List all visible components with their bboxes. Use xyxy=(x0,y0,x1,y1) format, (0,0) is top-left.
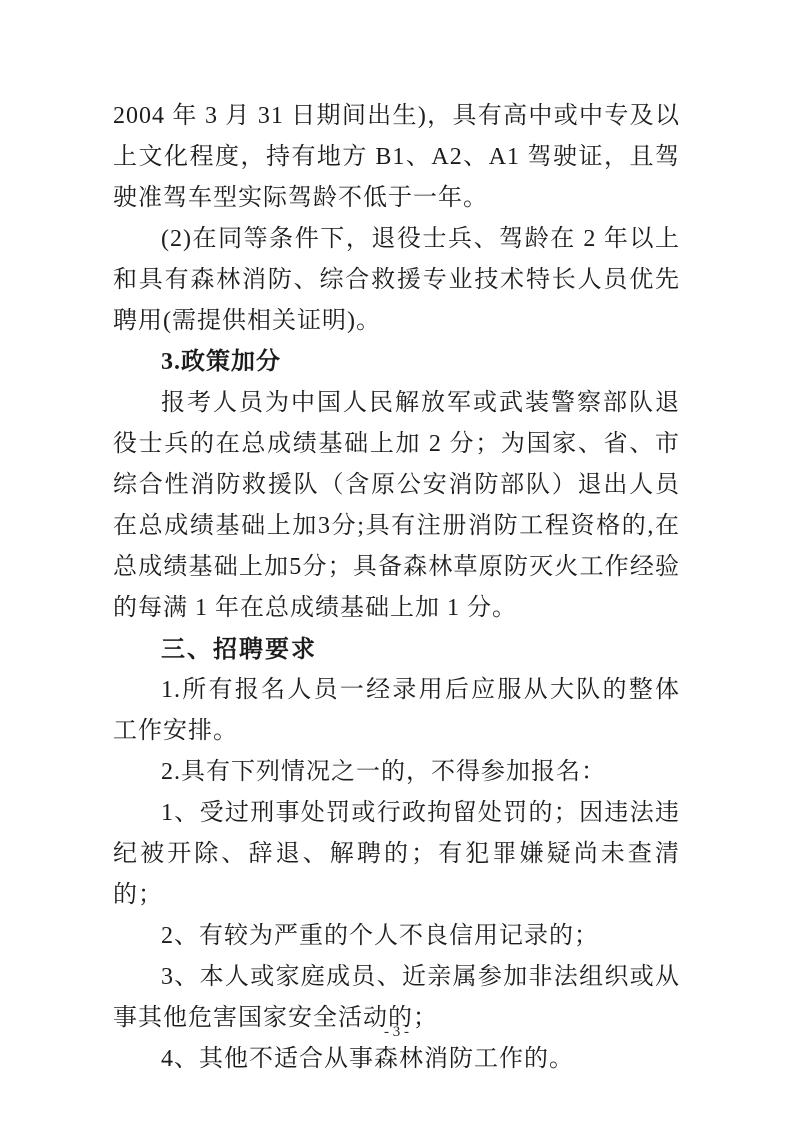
document-body: 2004 年 3 月 31 日期间出生)，具有高中或中专及以上文化程度，持有地方… xyxy=(113,96,680,1080)
paragraph-disqualification-1: 1、受过刑事处罚或行政拘留处罚的；因违法违纪被开除、辞退、解聘的；有犯罪嫌疑尚未… xyxy=(113,793,680,916)
paragraph-requirement-1: 1.所有报名人员一经录用后应服从大队的整体工作安排。 xyxy=(113,670,680,752)
paragraph-disqualification-2: 2、有较为严重的个人不良信用记录的； xyxy=(113,916,680,957)
paragraph-disqualification-4: 4、其他不适合从事森林消防工作的。 xyxy=(113,1039,680,1080)
document-page: 2004 年 3 月 31 日期间出生)，具有高中或中专及以上文化程度，持有地方… xyxy=(0,0,793,1122)
paragraph-continuation: 2004 年 3 月 31 日期间出生)，具有高中或中专及以上文化程度，持有地方… xyxy=(113,96,680,219)
paragraph-priority-hiring: (2)在同等条件下，退役士兵、驾龄在 2 年以上和具有森林消防、综合救援专业技术… xyxy=(113,219,680,342)
paragraph-requirement-2: 2.具有下列情况之一的，不得参加报名： xyxy=(113,752,680,793)
page-number: - 3 - xyxy=(0,1022,793,1042)
heading-policy-bonus: 3.政策加分 xyxy=(113,342,680,383)
paragraph-bonus-points: 报考人员为中国人民解放军或武装警察部队退役士兵的在总成绩基础上加 2 分；为国家… xyxy=(113,383,680,629)
heading-recruitment-requirements: 三、招聘要求 xyxy=(113,629,680,670)
